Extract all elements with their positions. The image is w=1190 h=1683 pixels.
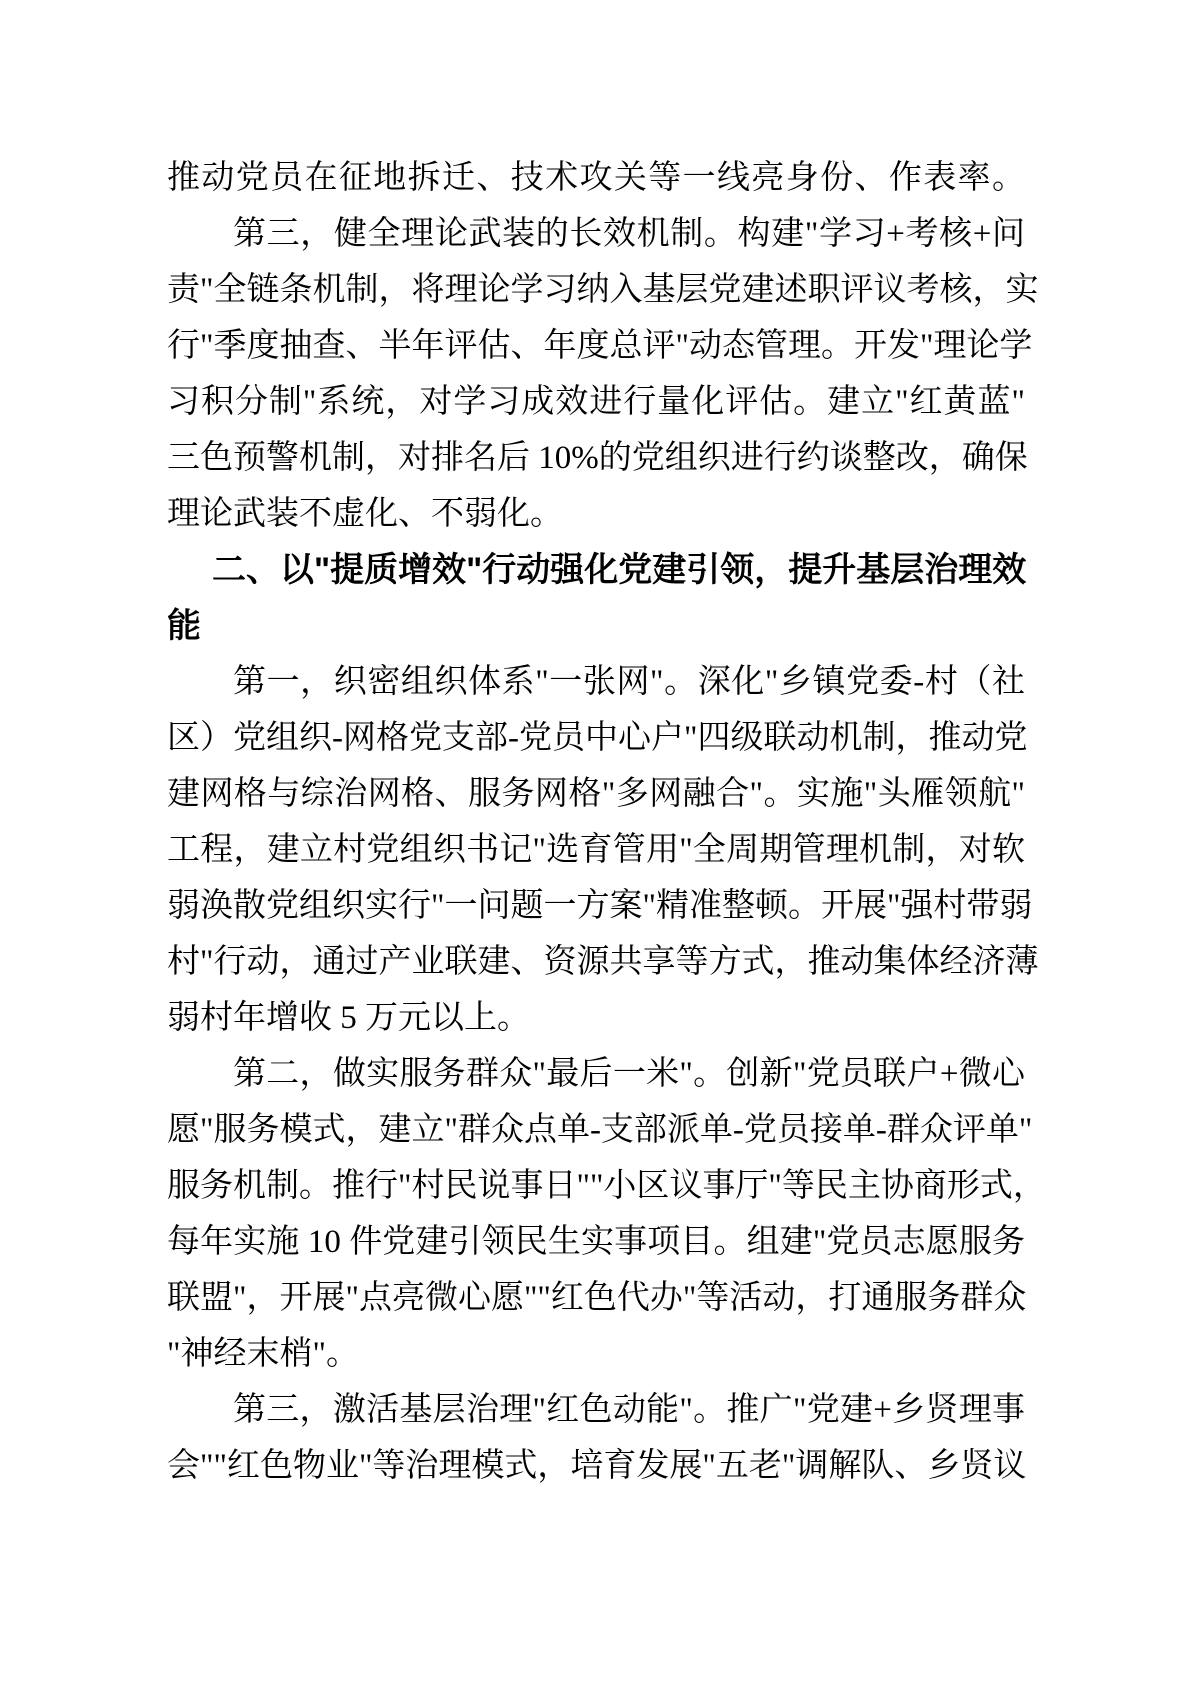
text-line: 服务机制。推行"村民说事日""小区议事厅"等民主协商形式， — [167, 1158, 1025, 1214]
text-line: 理论武装不虚化、不弱化。 — [167, 486, 1025, 542]
heading-line: 能 — [167, 598, 1025, 654]
text-line: 联盟"，开展"点亮微心愿""红色代办"等活动，打通服务群众 — [167, 1270, 1025, 1326]
text-line: 三色预警机制，对排名后 10%的党组织进行约谈整改，确保 — [167, 430, 1025, 486]
text-line: 第三，健全理论武装的长效机制。构建"学习+考核+问 — [167, 206, 1025, 262]
text-line: 愿"服务模式，建立"群众点单-支部派单-党员接单-群众评单" — [167, 1102, 1025, 1158]
body-paragraph: 第一，织密组织体系"一张网"。深化"乡镇党委-村（社区）党组织-网格党支部-党员… — [167, 654, 1025, 1046]
section-heading: 二、以"提质增效"行动强化党建引领，提升基层治理效能 — [167, 542, 1025, 654]
text-line: 第三，激活基层治理"红色动能"。推广"党建+乡贤理事 — [167, 1382, 1025, 1438]
text-line: 弱村年增收 5 万元以上。 — [167, 990, 1025, 1046]
text-line: 第一，织密组织体系"一张网"。深化"乡镇党委-村（社 — [167, 654, 1025, 710]
text-line: "神经末梢"。 — [167, 1326, 1025, 1382]
text-line: 推动党员在征地拆迁、技术攻关等一线亮身份、作表率。 — [167, 150, 1025, 206]
text-line: 村"行动，通过产业联建、资源共享等方式，推动集体经济薄 — [167, 934, 1025, 990]
heading-line: 二、以"提质增效"行动强化党建引领，提升基层治理效 — [167, 542, 1025, 598]
document-page: 推动党员在征地拆迁、技术攻关等一线亮身份、作表率。第三，健全理论武装的长效机制。… — [0, 0, 1190, 1683]
text-line: 责"全链条机制，将理论学习纳入基层党建述职评议考核，实 — [167, 262, 1025, 318]
text-line: 第二，做实服务群众"最后一米"。创新"党员联户+微心 — [167, 1046, 1025, 1102]
text-line: 习积分制"系统，对学习成效进行量化评估。建立"红黄蓝" — [167, 374, 1025, 430]
body-paragraph: 第三，激活基层治理"红色动能"。推广"党建+乡贤理事会""红色物业"等治理模式，… — [167, 1382, 1025, 1494]
text-line: 每年实施 10 件党建引领民生实事项目。组建"党员志愿服务 — [167, 1214, 1025, 1270]
text-line: 行"季度抽查、半年评估、年度总评"动态管理。开发"理论学 — [167, 318, 1025, 374]
text-line: 建网格与综治网格、服务网格"多网融合"。实施"头雁领航" — [167, 766, 1025, 822]
document-body: 推动党员在征地拆迁、技术攻关等一线亮身份、作表率。第三，健全理论武装的长效机制。… — [167, 150, 1025, 1494]
text-line: 弱涣散党组织实行"一问题一方案"精准整顿。开展"强村带弱 — [167, 878, 1025, 934]
text-line: 会""红色物业"等治理模式，培育发展"五老"调解队、乡贤议 — [167, 1438, 1025, 1494]
text-line: 工程，建立村党组织书记"选育管用"全周期管理机制，对软 — [167, 822, 1025, 878]
body-paragraph: 推动党员在征地拆迁、技术攻关等一线亮身份、作表率。 — [167, 150, 1025, 206]
text-line: 区）党组织-网格党支部-党员中心户"四级联动机制，推动党 — [167, 710, 1025, 766]
body-paragraph: 第二，做实服务群众"最后一米"。创新"党员联户+微心愿"服务模式，建立"群众点单… — [167, 1046, 1025, 1382]
body-paragraph: 第三，健全理论武装的长效机制。构建"学习+考核+问责"全链条机制，将理论学习纳入… — [167, 206, 1025, 542]
